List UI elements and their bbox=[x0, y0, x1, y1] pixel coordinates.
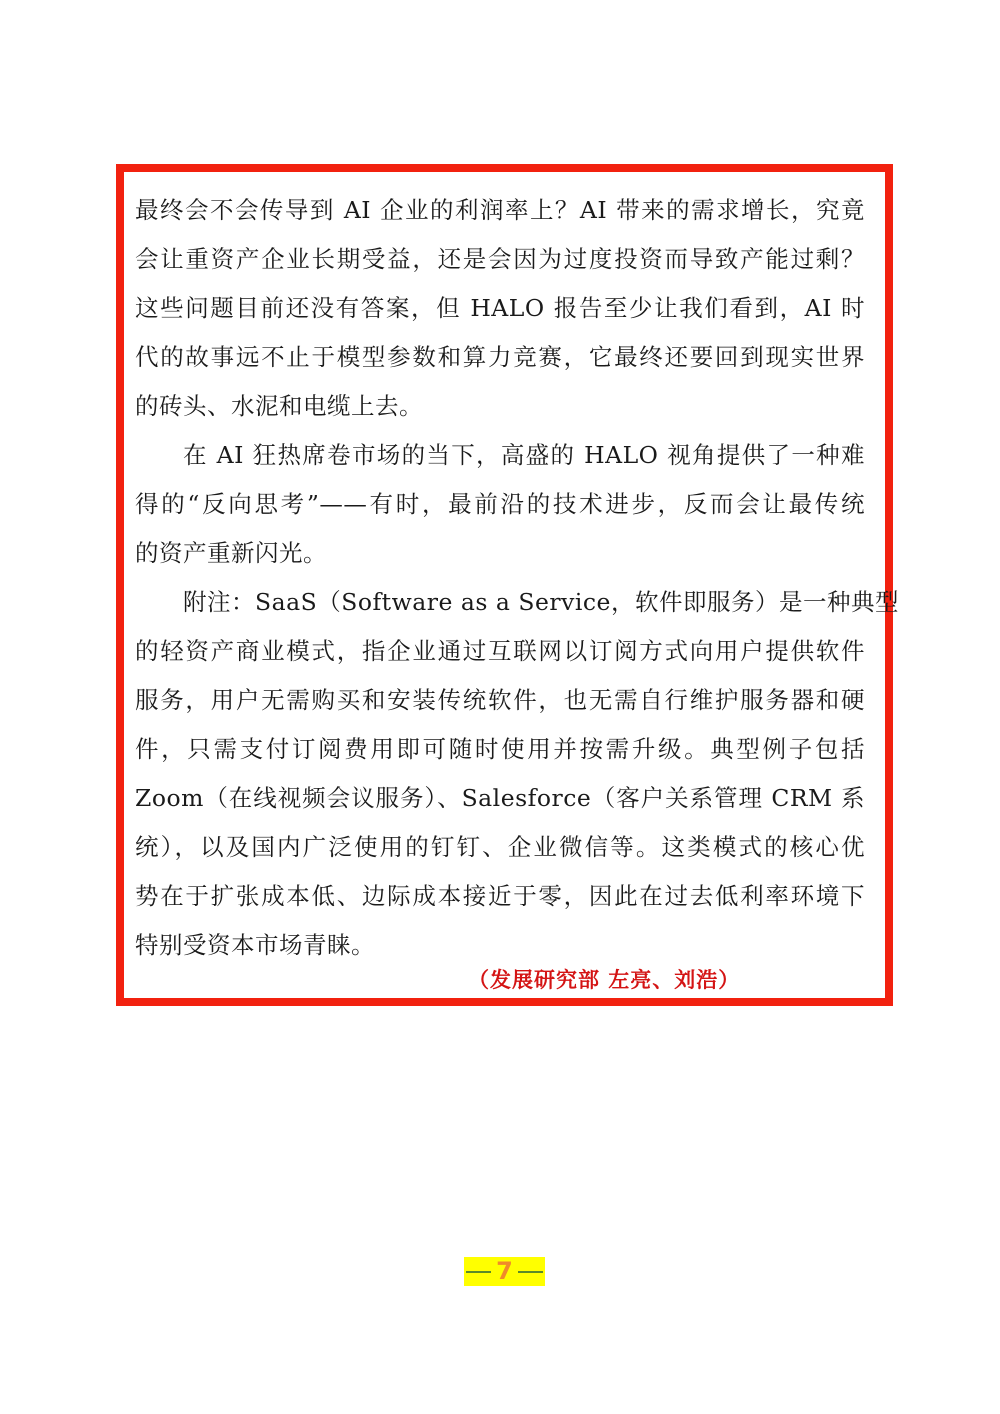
text-line: 的资产重新闪光。 bbox=[135, 529, 865, 578]
paragraph-reverse-thinking: 在 AI 狂热席卷市场的当下，高盛的 HALO 视角提供了一种难 得的“反向思考… bbox=[135, 431, 865, 578]
text-line: 的砖头、水泥和电缆上去。 bbox=[135, 382, 865, 431]
text-line: 统），以及国内广泛使用的钉钉、企业微信等。这类模式的核心优 bbox=[135, 823, 865, 872]
right-dash-decoration bbox=[518, 1271, 543, 1273]
text-line: 件，只需支付订阅费用即可随时使用并按需升级。典型例子包括 bbox=[135, 725, 865, 774]
text-line: 势在于扩张成本低、边际成本接近于零，因此在过去低利率环境下 bbox=[135, 872, 865, 921]
page-number: 7 bbox=[491, 1257, 518, 1286]
paragraph-footnote-saas: 附注：SaaS（Software as a Service，软件即服务）是一种典… bbox=[135, 578, 865, 970]
text-line: 服务，用户无需购买和安装传统软件，也无需自行维护服务器和硬 bbox=[135, 676, 865, 725]
text-line: 这些问题目前还没有答案，但 HALO 报告至少让我们看到，AI 时 bbox=[135, 284, 865, 333]
text-line: Zoom（在线视频会议服务）、Salesforce（客户关系管理 CRM 系 bbox=[135, 774, 865, 823]
text-line: 代的故事远不止于模型参数和算力竞赛，它最终还要回到现实世界 bbox=[135, 333, 865, 382]
article-body: 最终会不会传导到 AI 企业的利润率上？AI 带来的需求增长，究竟 会让重资产企… bbox=[135, 186, 865, 970]
left-dash-decoration bbox=[466, 1271, 491, 1273]
author-attribution: （发展研究部 左亮、刘浩） bbox=[468, 958, 740, 1002]
page-number-badge: 7 bbox=[464, 1257, 545, 1286]
text-line: 会让重资产企业长期受益，还是会因为过度投资而导致产能过剩？ bbox=[135, 235, 865, 284]
text-line: 附注：SaaS（Software as a Service，软件即服务）是一种典… bbox=[135, 578, 865, 627]
text-line: 最终会不会传导到 AI 企业的利润率上？AI 带来的需求增长，究竟 bbox=[135, 186, 865, 235]
text-line: 在 AI 狂热席卷市场的当下，高盛的 HALO 视角提供了一种难 bbox=[135, 431, 865, 480]
text-line: 得的“反向思考”——有时，最前沿的技术进步，反而会让最传统 bbox=[135, 480, 865, 529]
text-line: 的轻资产商业模式，指企业通过互联网以订阅方式向用户提供软件 bbox=[135, 627, 865, 676]
paragraph-conclusion-questions: 最终会不会传导到 AI 企业的利润率上？AI 带来的需求增长，究竟 会让重资产企… bbox=[135, 186, 865, 431]
